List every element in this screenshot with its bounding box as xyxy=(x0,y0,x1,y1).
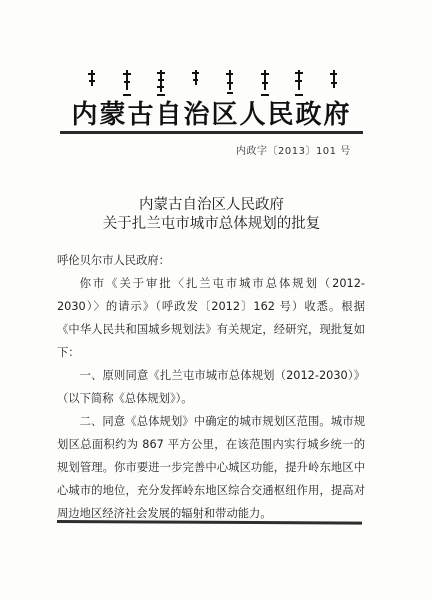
mongolian-word-8 xyxy=(330,70,338,90)
document-title-line-1: 内蒙古自治区人民政府 xyxy=(60,196,363,215)
document-page: 内蒙古自治区人民政府 内政字〔2013〕101 号 内蒙古自治区人民政府 关于扎… xyxy=(0,0,431,600)
mongolian-word-4 xyxy=(192,70,200,88)
mongolian-script-header xyxy=(88,70,338,102)
document-body: 呼伦贝尔市人民政府： 你市《关于审批〈扎兰屯市城市总体规划（2012-2030）… xyxy=(57,249,365,525)
document-number: 内政字〔2013〕101 号 xyxy=(236,142,351,157)
mongolian-word-5 xyxy=(226,70,234,96)
document-title: 内蒙古自治区人民政府 关于扎兰屯市城市总体规划的批复 xyxy=(60,196,363,234)
paragraph-item-2: 二、同意《总体规划》中确定的城市规划区范围。城市规划区总面积约为 867 平方公… xyxy=(57,410,365,525)
addressee: 呼伦贝尔市人民政府： xyxy=(57,249,365,272)
mongolian-word-1 xyxy=(88,70,96,88)
paragraph-item-1: 一、原则同意《扎兰屯市城市总体规划（2012-2030）》（以下简称《总体规划》… xyxy=(57,364,365,410)
document-title-line-2: 关于扎兰屯市城市总体规划的批复 xyxy=(60,215,363,234)
header-divider xyxy=(60,131,363,134)
issuing-authority-title: 内蒙古自治区人民政府 xyxy=(60,100,363,130)
mongolian-word-6 xyxy=(261,70,269,98)
mongolian-word-3 xyxy=(157,70,165,98)
mongolian-word-7 xyxy=(295,70,303,98)
paragraph-intro: 你市《关于审批〈扎兰屯市城市总体规划（2012-2030）〉的请示》（呼政发〔2… xyxy=(57,272,365,364)
mongolian-word-2 xyxy=(123,70,131,98)
